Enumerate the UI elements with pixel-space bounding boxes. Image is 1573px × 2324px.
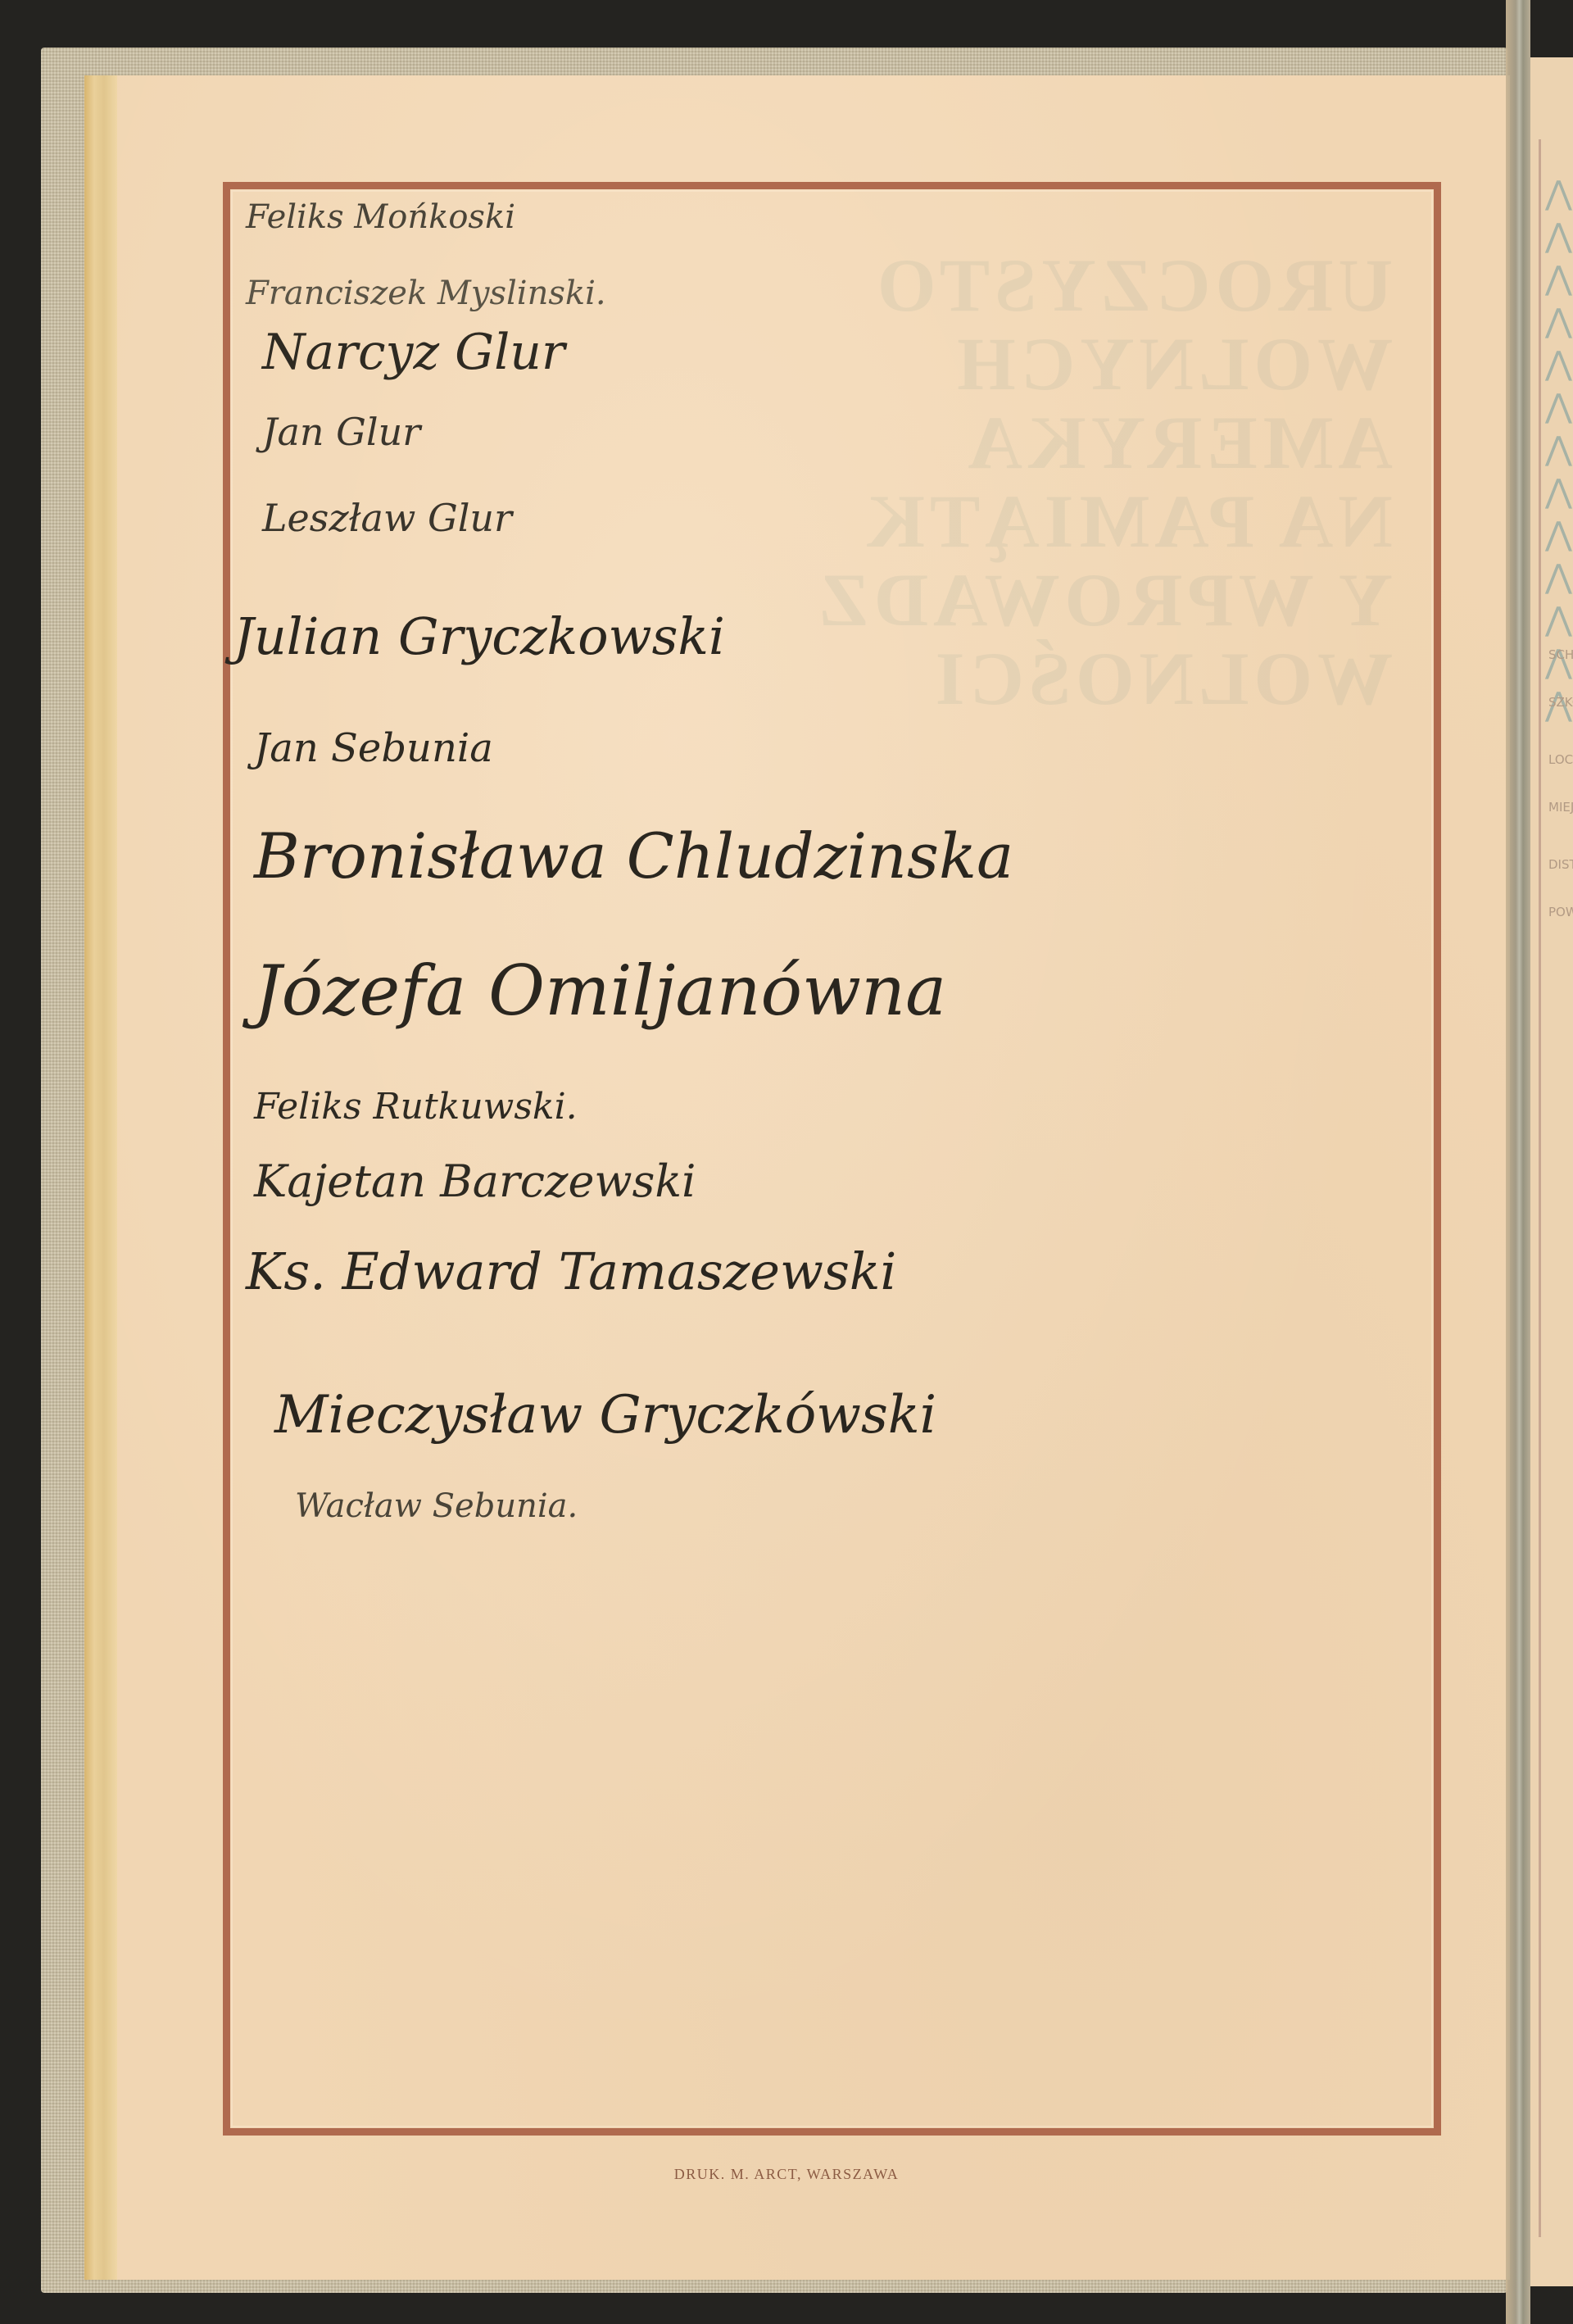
handwritten-signature: Kajetan Barczewski bbox=[254, 1155, 696, 1207]
handwritten-signature: Feliks Mońkoski bbox=[246, 198, 515, 236]
handwritten-signature: Jan Sebunia bbox=[254, 725, 493, 771]
facing-page-label: LOCA bbox=[1548, 752, 1573, 767]
facing-page-ornament-icon: ⋀⋀⋀⋀⋀⋀⋀⋀⋀⋀⋀⋀⋀ bbox=[1545, 172, 1573, 729]
signature-list: Feliks MońkoskiFranciszek Myslinski.Narc… bbox=[0, 0, 1573, 2324]
handwritten-signature: Jan Glur bbox=[262, 410, 420, 454]
handwritten-signature: Mieczysław Gryczkówski bbox=[274, 1385, 936, 1446]
handwritten-signature: Franciszek Myslinski. bbox=[246, 275, 606, 312]
facing-page-label: SCHO bbox=[1548, 647, 1573, 662]
handwritten-signature: Wacław Sebunia. bbox=[295, 1487, 578, 1525]
handwritten-signature: Julian Gryczkowski bbox=[233, 606, 725, 666]
handwritten-signature: Leszław Glur bbox=[262, 496, 512, 540]
handwritten-signature: Ks. Edward Tamaszewski bbox=[246, 1241, 896, 1301]
handwritten-signature: Narcyz Glur bbox=[262, 324, 565, 381]
handwritten-signature: Bronisława Chludzinska bbox=[254, 819, 1013, 892]
facing-page-label: SZKO bbox=[1548, 695, 1573, 710]
facing-page-label: MIEJS bbox=[1548, 800, 1573, 815]
facing-page-label: DISTR bbox=[1548, 857, 1573, 872]
handwritten-signature: Feliks Rutkuwski. bbox=[254, 1086, 578, 1128]
printer-imprint: DRUK. M. ARCT, WARSZAWA bbox=[0, 2166, 1573, 2183]
facing-page-label: POWI bbox=[1548, 905, 1573, 919]
handwritten-signature: Józefa Omiljanówna bbox=[254, 951, 946, 1031]
book-gutter bbox=[1506, 0, 1530, 2324]
